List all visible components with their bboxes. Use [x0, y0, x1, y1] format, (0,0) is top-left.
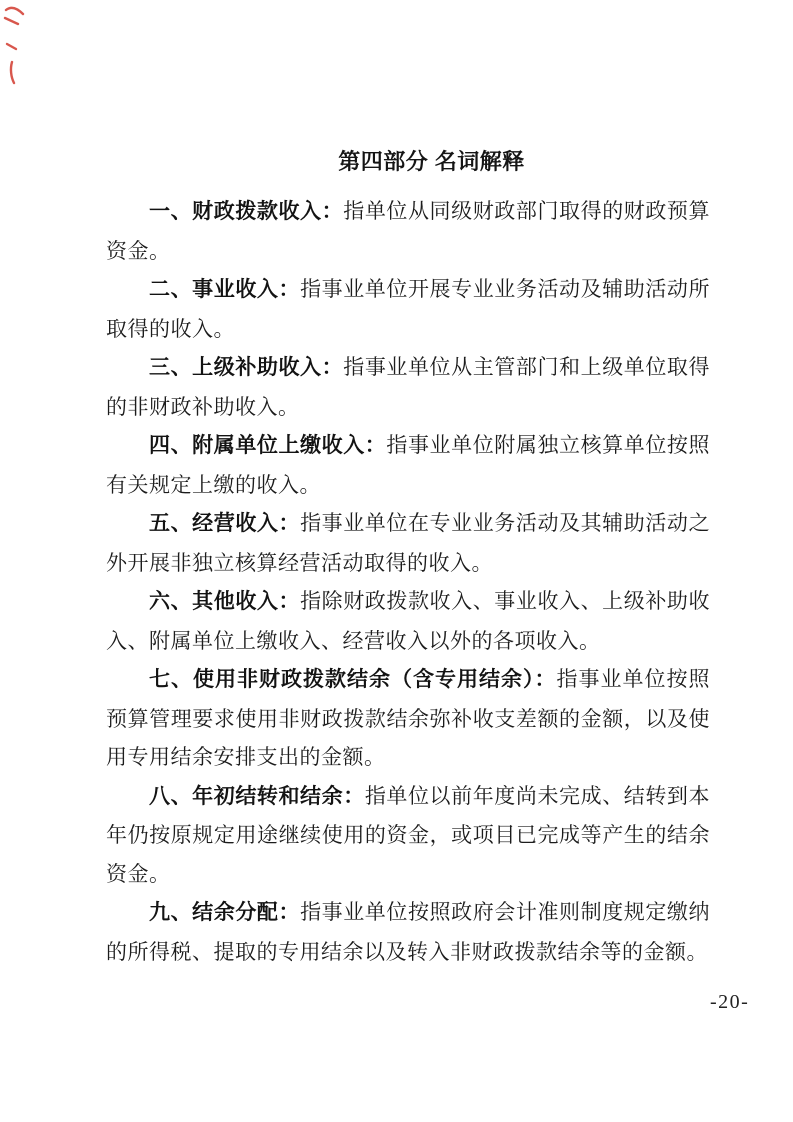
term-label: 四、附属单位上缴收入： [149, 434, 386, 457]
definition-item: 三、上级补助收入：指事业单位从主管部门和上级单位取得的非财政补助收入。 [106, 348, 710, 426]
definition-item: 一、财政拨款收入：指单位从同级财政部门取得的财政预算资金。 [106, 192, 710, 270]
definition-item: 七、使用非财政拨款结余（含专用结余）：指事业单位按照预算管理要求使用非财政拨款结… [106, 660, 710, 777]
section-title: 第四部分 名词解释 [35, 148, 793, 176]
term-label: 一、财政拨款收入： [149, 200, 343, 223]
definition-item: 四、附属单位上缴收入：指事业单位附属独立核算单位按照有关规定上缴的收入。 [106, 426, 710, 504]
term-label: 九、结余分配： [149, 901, 300, 924]
red-ink-marks-icon [3, 3, 29, 87]
term-label: 六、其他收入： [149, 590, 300, 613]
definition-item: 九、结余分配：指事业单位按照政府会计准则制度规定缴纳的所得税、提取的专用结余以及… [106, 893, 710, 971]
term-label: 二、事业收入： [149, 278, 300, 301]
term-label: 五、经营收入： [149, 512, 300, 535]
definition-item: 八、年初结转和结余：指单位以前年度尚未完成、结转到本年仍按原规定用途继续使用的资… [106, 777, 710, 894]
term-label: 八、年初结转和结余： [149, 785, 365, 808]
term-label: 三、上级补助收入： [149, 356, 343, 379]
document-page: 第四部分 名词解释 一、财政拨款收入：指单位从同级财政部门取得的财政预算资金。 … [0, 0, 793, 1122]
definition-item: 六、其他收入：指除财政拨款收入、事业收入、上级补助收入、附属单位上缴收入、经营收… [106, 582, 710, 660]
definition-item: 五、经营收入：指事业单位在专业业务活动及其辅助活动之外开展非独立核算经营活动取得… [106, 504, 710, 582]
term-label: 七、使用非财政拨款结余（含专用结余）： [149, 668, 557, 691]
definition-item: 二、事业收入：指事业单位开展专业业务活动及辅助活动所取得的收入。 [106, 270, 710, 348]
document-body: 一、财政拨款收入：指单位从同级财政部门取得的财政预算资金。 二、事业收入：指事业… [106, 192, 710, 971]
page-number: -20- [710, 991, 749, 1014]
